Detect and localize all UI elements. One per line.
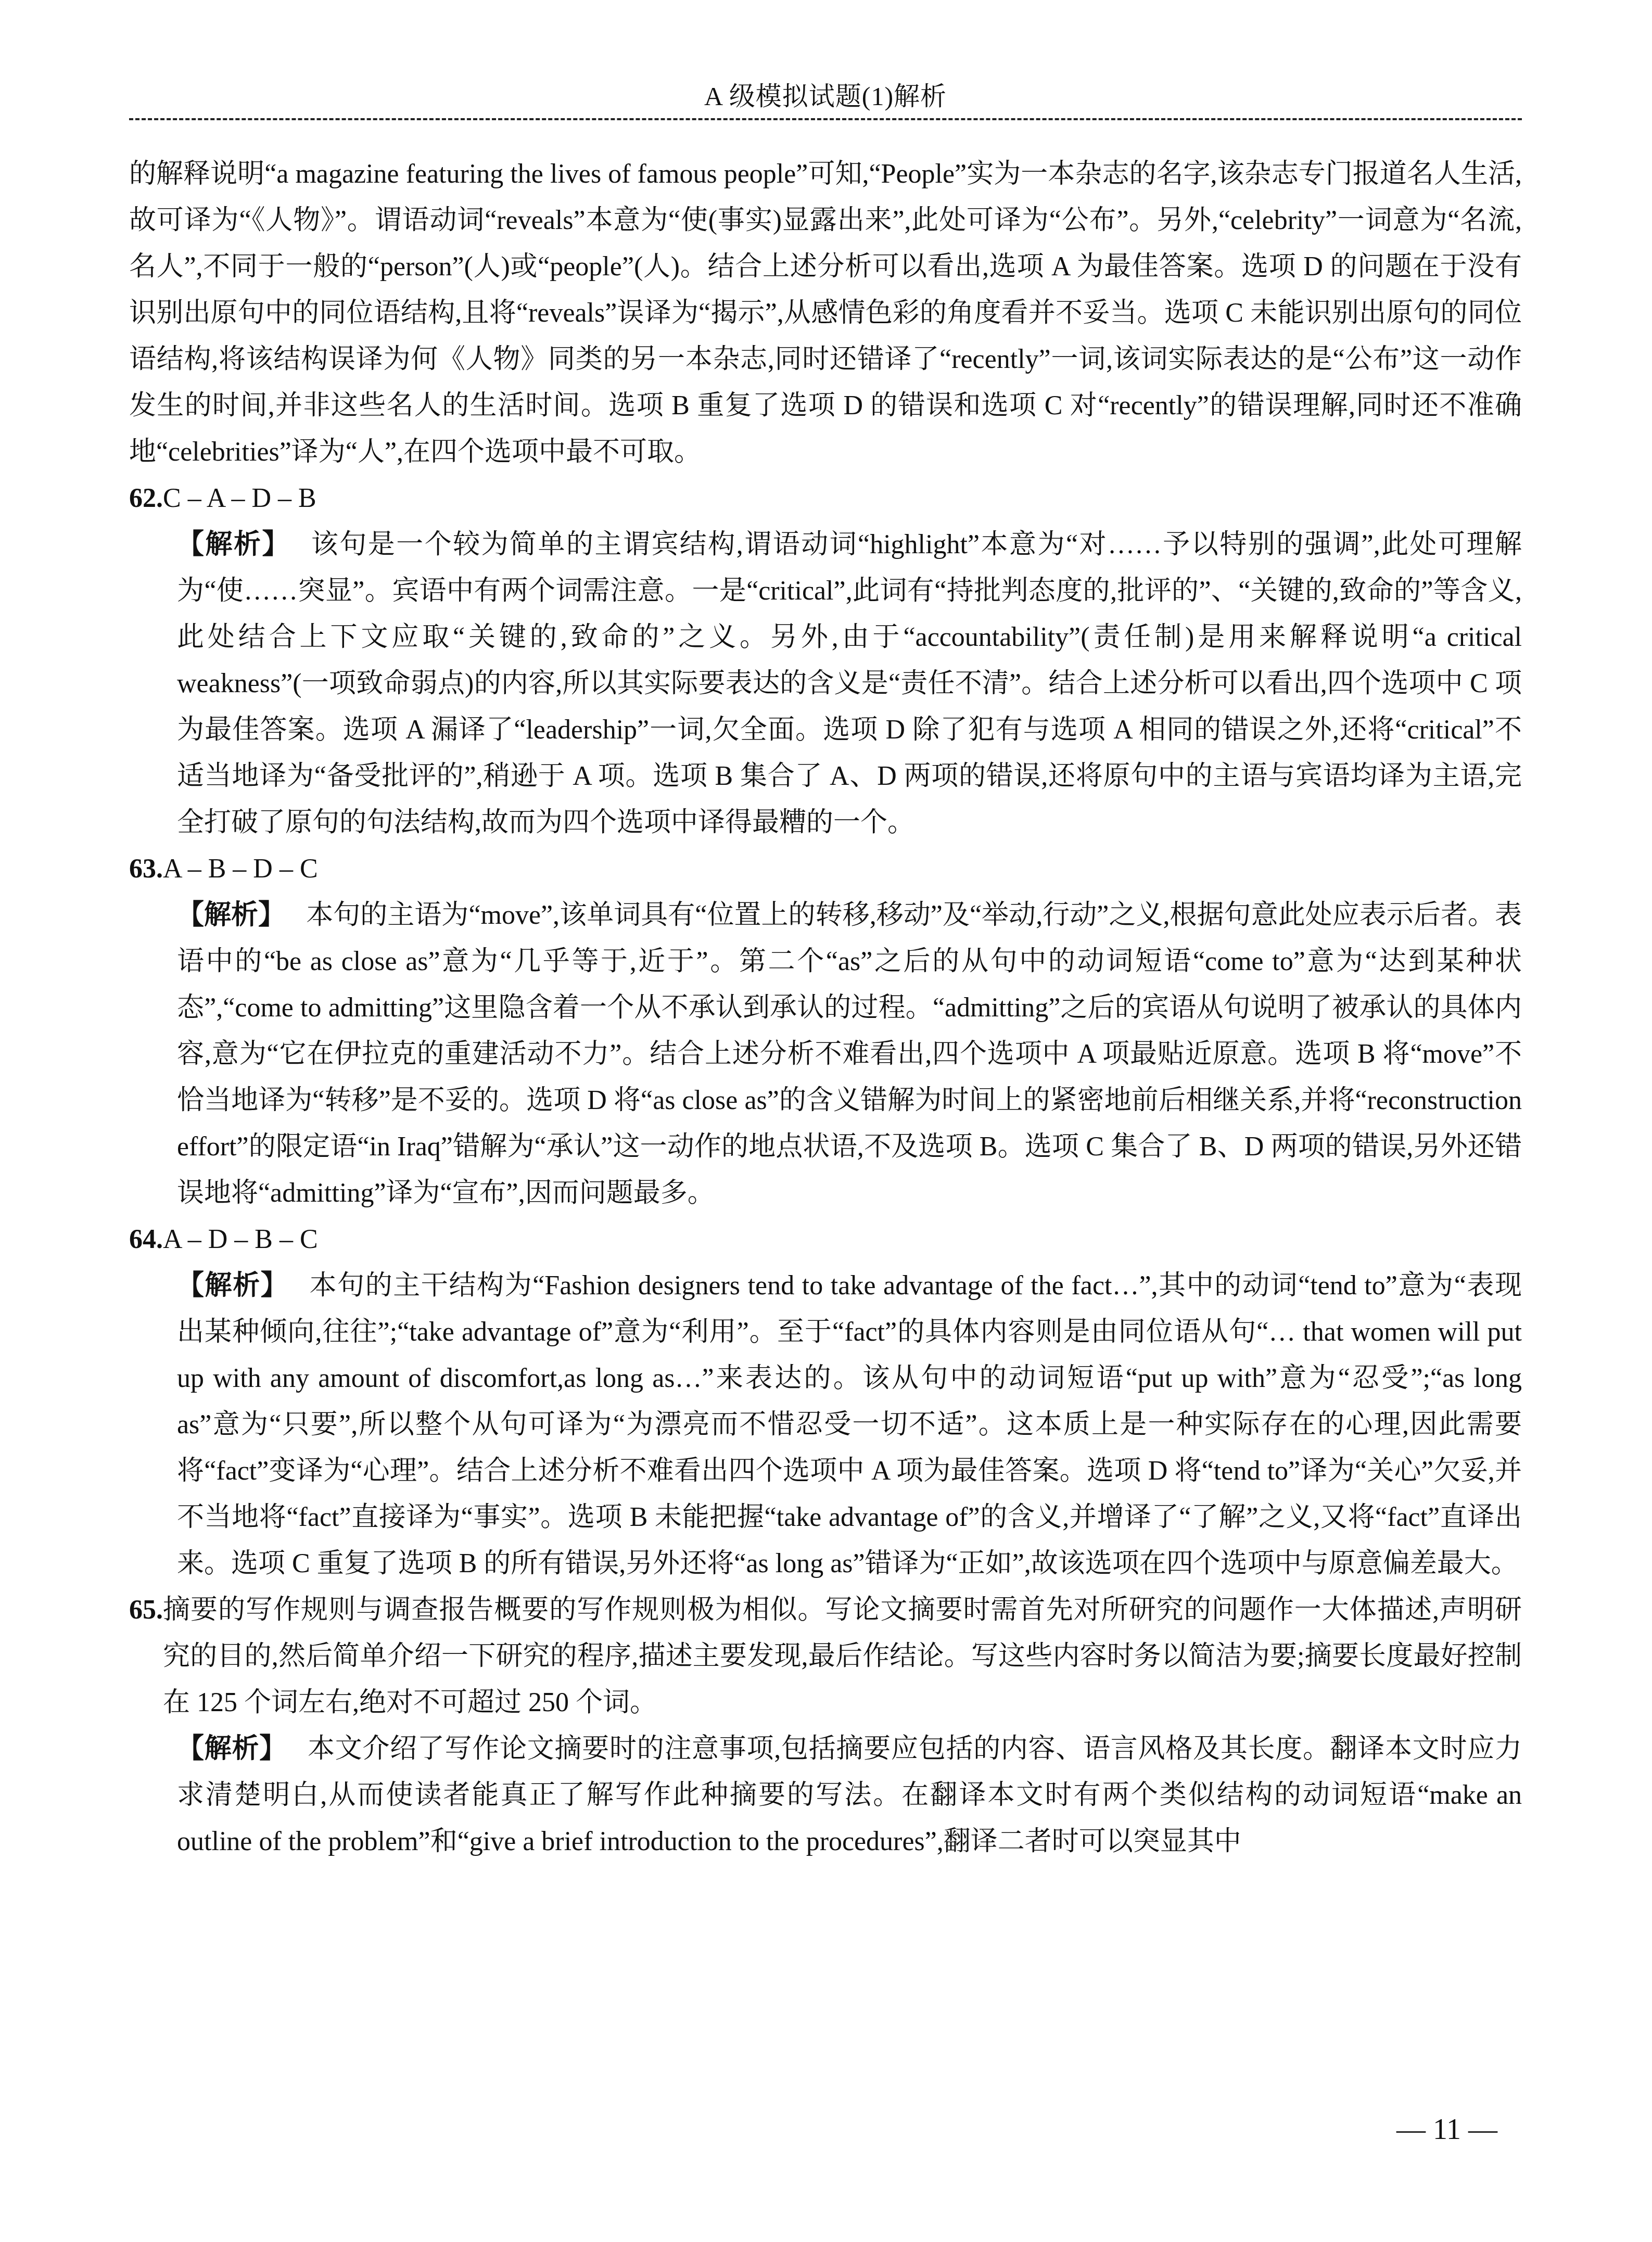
item-answer: A – B – D – C bbox=[163, 846, 318, 892]
item-65: 65. 摘要的写作规则与调查报告概要的写作规则极为相似。写论文摘要时需首先对所研… bbox=[129, 1587, 1522, 1865]
item-63: 63. A – B – D – C 【解析】本句的主语为“move”,该单词具有… bbox=[129, 846, 1522, 1216]
item-heading: 64. A – D – B – C bbox=[129, 1216, 1522, 1263]
item-heading: 62. C – A – D – B bbox=[129, 475, 1522, 521]
intro-paragraph: 的解释说明“a magazine featuring the lives of … bbox=[129, 151, 1522, 475]
analysis-text: 本文介绍了写作论文摘要时的注意事项,包括摘要应包括的内容、语言风格及其长度。翻译… bbox=[177, 1734, 1522, 1856]
item-number: 65. bbox=[129, 1587, 163, 1726]
analysis-text: 本句的主语为“move”,该单词具有“位置上的转移,移动”及“举动,行动”之义,… bbox=[177, 900, 1522, 1208]
item-number: 64. bbox=[129, 1216, 163, 1263]
page-number: — 11 — bbox=[1353, 2113, 1541, 2146]
header-divider bbox=[129, 118, 1522, 120]
analysis-paragraph: 【解析】本句的主干结构为“Fashion designers tend to t… bbox=[129, 1263, 1522, 1587]
analysis-text: 本句的主干结构为“Fashion designers tend to take … bbox=[177, 1271, 1522, 1578]
analysis-paragraph: 【解析】本文介绍了写作论文摘要时的注意事项,包括摘要应包括的内容、语言风格及其长… bbox=[129, 1726, 1522, 1865]
page-content: 的解释说明“a magazine featuring the lives of … bbox=[129, 151, 1522, 1865]
page-title: A 级模拟试题(1)解析 bbox=[129, 78, 1522, 114]
analysis-label: 【解析】 bbox=[177, 900, 285, 930]
source-text: 摘要的写作规则与调查报告概要的写作规则极为相似。写论文摘要时需首先对所研究的问题… bbox=[163, 1587, 1522, 1726]
item-64: 64. A – D – B – C 【解析】本句的主干结构为“Fashion d… bbox=[129, 1216, 1522, 1587]
item-heading: 65. 摘要的写作规则与调查报告概要的写作规则极为相似。写论文摘要时需首先对所研… bbox=[129, 1587, 1522, 1726]
analysis-label: 【解析】 bbox=[177, 1271, 288, 1301]
analysis-label: 【解析】 bbox=[177, 530, 290, 559]
analysis-label: 【解析】 bbox=[177, 1734, 287, 1764]
analysis-paragraph: 【解析】该句是一个较为简单的主谓宾结构,谓语动词“highlight”本意为“对… bbox=[129, 521, 1522, 846]
analysis-paragraph: 【解析】本句的主语为“move”,该单词具有“位置上的转移,移动”及“举动,行动… bbox=[129, 892, 1522, 1216]
item-answer: C – A – D – B bbox=[163, 475, 316, 521]
item-number: 63. bbox=[129, 846, 163, 892]
item-answer: A – D – B – C bbox=[163, 1216, 318, 1263]
page-header: A 级模拟试题(1)解析 bbox=[129, 78, 1522, 120]
item-number: 62. bbox=[129, 475, 163, 521]
item-62: 62. C – A – D – B 【解析】该句是一个较为简单的主谓宾结构,谓语… bbox=[129, 475, 1522, 846]
item-heading: 63. A – B – D – C bbox=[129, 846, 1522, 892]
analysis-text: 该句是一个较为简单的主谓宾结构,谓语动词“highlight”本意为“对……予以… bbox=[177, 530, 1522, 837]
